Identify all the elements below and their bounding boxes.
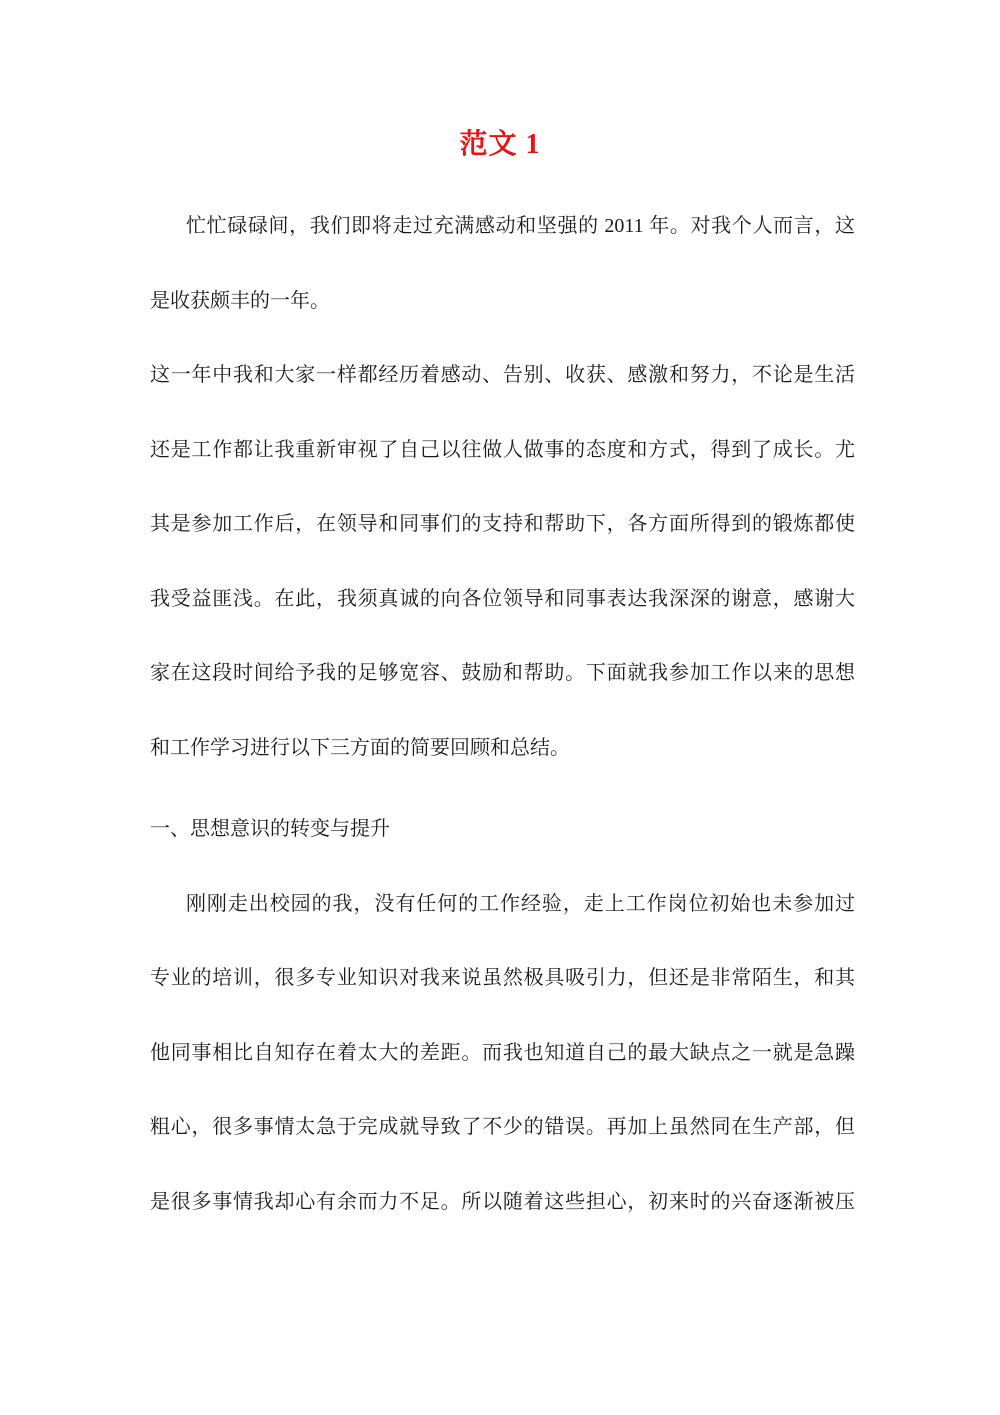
paragraph-line: 还是工作都让我重新审视了自己以往做人做事的态度和方式，得到了成长。尤	[150, 413, 855, 488]
paragraph-line: 他同事相比自知存在着太大的差距。而我也知道自己的最大缺点之一就是急躁	[150, 1016, 855, 1091]
paragraph-line: 这一年中我和大家一样都经历着感动、告别、收获、感激和努力，不论是生活	[150, 338, 855, 413]
document-title: 范文 1	[0, 122, 1000, 168]
document-body: 忙忙碌碌间，我们即将走过充满感动和坚强的 2011 年。对我个人而言，这 是收获…	[150, 189, 855, 1239]
document-page: 范文 1 忙忙碌碌间，我们即将走过充满感动和坚强的 2011 年。对我个人而言，…	[0, 0, 1000, 1415]
paragraph-line: 其是参加工作后，在领导和同事们的支持和帮助下，各方面所得到的锻炼都使	[150, 487, 855, 562]
paragraph-line: 是很多事情我却心有余而力不足。所以随着这些担心，初来时的兴奋逐渐被压	[150, 1165, 855, 1240]
paragraph-line: 我受益匪浅。在此，我须真诚的向各位领导和同事表达我深深的谢意，感谢大	[150, 562, 855, 637]
paragraph-line: 是收获颇丰的一年。	[150, 264, 855, 339]
paragraph-line: 粗心，很多事情太急于完成就导致了不少的错误。再加上虽然同在生产部，但	[150, 1090, 855, 1165]
paragraph-line: 专业的培训，很多专业知识对我来说虽然极具吸引力，但还是非常陌生，和其	[150, 941, 855, 1016]
paragraph-line: 家在这段时间给予我的足够宽容、鼓励和帮助。下面就我参加工作以来的思想	[150, 636, 855, 711]
paragraph-line: 忙忙碌碌间，我们即将走过充满感动和坚强的 2011 年。对我个人而言，这	[150, 189, 855, 264]
section-heading: 一、思想意识的转变与提升	[150, 792, 855, 867]
paragraph-line: 和工作学习进行以下三方面的简要回顾和总结。	[150, 711, 855, 786]
paragraph-line: 刚刚走出校园的我，没有任何的工作经验，走上工作岗位初始也未参加过	[150, 867, 855, 942]
